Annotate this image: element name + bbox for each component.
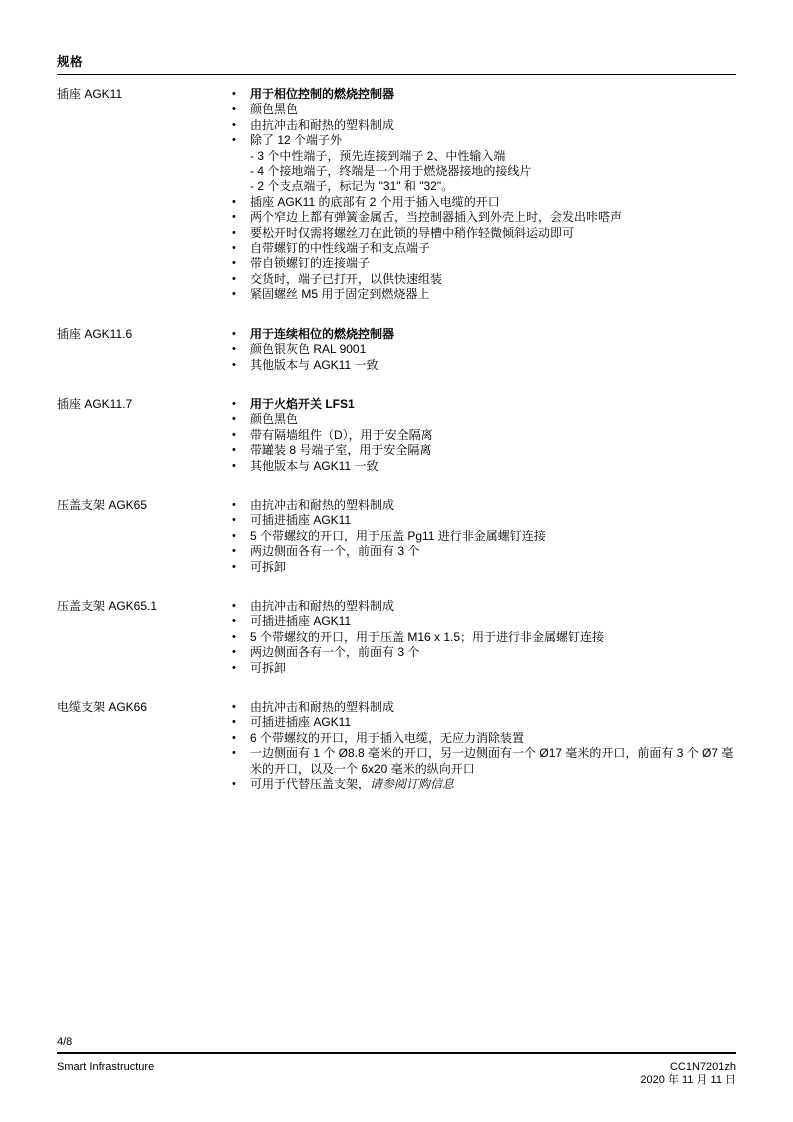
page-footer: 4/8 Smart Infrastructure CC1N7201zh 2020… <box>57 1036 736 1087</box>
list-item: •两边侧面各有一个，前面有 3 个 <box>232 544 736 559</box>
list-item: •带自锁螺钉的连接端子 <box>232 256 736 271</box>
item-text: 可用于代替压盖支架，请参阅订购信息 <box>250 777 736 792</box>
item-text: 6 个带螺纹的开口，用于插入电缆，无应力消除装置 <box>250 731 736 746</box>
spec-section: 电缆支架 AGK66•由抗冲击和耐热的塑料制成•可插进插座 AGK11•6 个带… <box>57 700 736 792</box>
sub-item: - 4 个接地端子，终端是一个用于燃烧器接地的接线片 <box>250 164 736 179</box>
list-item: •除了 12 个端子外 <box>232 133 736 148</box>
list-item: •紧固螺丝 M5 用于固定到燃烧器上 <box>232 287 736 302</box>
item-text: 可插进插座 AGK11 <box>250 715 736 730</box>
list-item: •可插进插座 AGK11 <box>232 513 736 528</box>
bullet-icon: • <box>232 529 250 544</box>
document-date: 2020 年 11 月 11 日 <box>640 1074 736 1087</box>
list-item: •5 个带螺纹的开口，用于压盖 Pg11 进行非金属螺钉连接 <box>232 529 736 544</box>
bullet-icon: • <box>232 700 250 715</box>
sub-item: - 2 个支点端子，标记为 "31" 和 "32"。 <box>250 179 736 194</box>
item-text: 可拆卸 <box>250 560 736 575</box>
section-item-list: •用于相位控制的燃烧控制器•颜色黑色•由抗冲击和耐热的塑料制成•除了 12 个端… <box>232 87 736 303</box>
item-text: 由抗冲击和耐热的塑料制成 <box>250 498 736 513</box>
bullet-icon: • <box>232 513 250 528</box>
bullet-icon: • <box>232 241 250 256</box>
item-text: 交货时，端子已打开，以供快速组装 <box>250 272 736 287</box>
list-item: •可用于代替压盖支架，请参阅订购信息 <box>232 777 736 792</box>
item-text: 由抗冲击和耐热的塑料制成 <box>250 599 736 614</box>
page-content: 规格 插座 AGK11•用于相位控制的燃烧控制器•颜色黑色•由抗冲击和耐热的塑料… <box>57 52 736 792</box>
bullet-icon: • <box>232 210 250 225</box>
item-text: 5 个带螺纹的开口，用于压盖 Pg11 进行非金属螺钉连接 <box>250 529 736 544</box>
item-text-italic: 请参阅订购信息 <box>370 777 454 791</box>
item-text: 颜色黑色 <box>250 102 736 117</box>
item-text: 颜色银灰色 RAL 9001 <box>250 342 736 357</box>
spec-section: 插座 AGK11.7•用于火焰开关 LFS1•颜色黑色•带有隔墙组件（D），用于… <box>57 397 736 474</box>
bullet-icon: • <box>232 195 250 210</box>
section-item-list: •由抗冲击和耐热的塑料制成•可插进插座 AGK11•5 个带螺纹的开口，用于压盖… <box>232 599 736 676</box>
list-item: •两个窄边上都有弹簧金属舌，当控制器插入到外壳上时，会发出咔嗒声 <box>232 210 736 225</box>
section-item-list: •用于火焰开关 LFS1•颜色黑色•带有隔墙组件（D），用于安全隔离•带罐装 8… <box>232 397 736 474</box>
list-item: •由抗冲击和耐热的塑料制成 <box>232 498 736 513</box>
item-text: 带自锁螺钉的连接端子 <box>250 256 736 271</box>
footer-right: CC1N7201zh 2020 年 11 月 11 日 <box>640 1061 736 1087</box>
bullet-icon: • <box>232 498 250 513</box>
bullet-icon: • <box>232 630 250 645</box>
list-item: •用于火焰开关 LFS1 <box>232 397 736 412</box>
list-item: •由抗冲击和耐热的塑料制成 <box>232 599 736 614</box>
item-text: 两边侧面各有一个，前面有 3 个 <box>250 645 736 660</box>
bullet-icon: • <box>232 102 250 117</box>
bullet-icon: • <box>232 272 250 287</box>
item-text: 5 个带螺纹的开口，用于压盖 M16 x 1.5；用于进行非金属螺钉连接 <box>250 630 736 645</box>
bullet-icon: • <box>232 428 250 443</box>
bullet-icon: • <box>232 397 250 412</box>
list-item: •一边侧面有 1 个 Ø8.8 毫米的开口，另一边侧面有一个 Ø17 毫米的开口… <box>232 746 736 777</box>
item-text: 颜色黑色 <box>250 412 736 427</box>
bullet-icon: • <box>232 645 250 660</box>
page-number: 4/8 <box>57 1036 736 1054</box>
list-item: •带罐装 8 号端子室，用于安全隔离 <box>232 443 736 458</box>
list-item: •用于相位控制的燃烧控制器 <box>232 87 736 102</box>
section-label: 插座 AGK11 <box>57 87 232 102</box>
section-heading: 规格 <box>57 52 736 75</box>
list-item: •可插进插座 AGK11 <box>232 715 736 730</box>
bullet-icon: • <box>232 459 250 474</box>
item-text: 由抗冲击和耐热的塑料制成 <box>250 118 736 133</box>
spec-section: 压盖支架 AGK65•由抗冲击和耐热的塑料制成•可插进插座 AGK11•5 个带… <box>57 498 736 575</box>
bullet-icon: • <box>232 412 250 427</box>
list-item: •颜色银灰色 RAL 9001 <box>232 342 736 357</box>
document-page: 规格 插座 AGK11•用于相位控制的燃烧控制器•颜色黑色•由抗冲击和耐热的塑料… <box>0 0 793 1122</box>
section-label: 电缆支架 AGK66 <box>57 700 232 715</box>
spec-section: 压盖支架 AGK65.1•由抗冲击和耐热的塑料制成•可插进插座 AGK11•5 … <box>57 599 736 676</box>
item-text: 可拆卸 <box>250 661 736 676</box>
section-item-list: •由抗冲击和耐热的塑料制成•可插进插座 AGK11•5 个带螺纹的开口，用于压盖… <box>232 498 736 575</box>
list-item: •插座 AGK11 的底部有 2 个用于插入电缆的开口 <box>232 195 736 210</box>
list-item: •6 个带螺纹的开口，用于插入电缆，无应力消除装置 <box>232 731 736 746</box>
list-item: •5 个带螺纹的开口，用于压盖 M16 x 1.5；用于进行非金属螺钉连接 <box>232 630 736 645</box>
bullet-icon: • <box>232 256 250 271</box>
item-text: 紧固螺丝 M5 用于固定到燃烧器上 <box>250 287 736 302</box>
bullet-icon: • <box>232 560 250 575</box>
bullet-icon: • <box>232 746 250 761</box>
list-item: •自带螺钉的中性线端子和支点端子 <box>232 241 736 256</box>
spec-section: 插座 AGK11•用于相位控制的燃烧控制器•颜色黑色•由抗冲击和耐热的塑料制成•… <box>57 87 736 303</box>
item-text: 可插进插座 AGK11 <box>250 513 736 528</box>
section-label: 插座 AGK11.7 <box>57 397 232 412</box>
list-item: •可拆卸 <box>232 661 736 676</box>
bullet-icon: • <box>232 327 250 342</box>
list-item: •由抗冲击和耐热的塑料制成 <box>232 700 736 715</box>
bullet-icon: • <box>232 777 250 792</box>
bullet-icon: • <box>232 731 250 746</box>
document-id: CC1N7201zh <box>640 1061 736 1074</box>
bullet-icon: • <box>232 715 250 730</box>
footer-row: Smart Infrastructure CC1N7201zh 2020 年 1… <box>57 1061 736 1087</box>
section-label: 压盖支架 AGK65 <box>57 498 232 513</box>
item-text: 带罐装 8 号端子室，用于安全隔离 <box>250 443 736 458</box>
bullet-icon: • <box>232 87 250 102</box>
bullet-icon: • <box>232 443 250 458</box>
item-text: 除了 12 个端子外 <box>250 133 736 148</box>
item-text: 自带螺钉的中性线端子和支点端子 <box>250 241 736 256</box>
bullet-icon: • <box>232 599 250 614</box>
list-item: •可拆卸 <box>232 560 736 575</box>
item-text: 可插进插座 AGK11 <box>250 614 736 629</box>
section-item-list: •用于连续相位的燃烧控制器•颜色银灰色 RAL 9001•其他版本与 AGK11… <box>232 327 736 373</box>
list-item: •两边侧面各有一个，前面有 3 个 <box>232 645 736 660</box>
spec-section: 插座 AGK11.6•用于连续相位的燃烧控制器•颜色银灰色 RAL 9001•其… <box>57 327 736 373</box>
item-text: 用于火焰开关 LFS1 <box>250 397 736 412</box>
brand-name: Smart Infrastructure <box>57 1061 154 1087</box>
bullet-icon: • <box>232 342 250 357</box>
bullet-icon: • <box>232 544 250 559</box>
item-text: 其他版本与 AGK11 一致 <box>250 459 736 474</box>
list-item: •颜色黑色 <box>232 412 736 427</box>
list-item: •其他版本与 AGK11 一致 <box>232 459 736 474</box>
bullet-icon: • <box>232 358 250 373</box>
item-text: 两边侧面各有一个，前面有 3 个 <box>250 544 736 559</box>
list-item: •要松开时仅需将螺丝刀在此锁的导槽中稍作轻微倾斜运动即可 <box>232 226 736 241</box>
item-text: 其他版本与 AGK11 一致 <box>250 358 736 373</box>
sub-item: - 3 个中性端子，预先连接到端子 2、中性输入端 <box>250 149 736 164</box>
bullet-icon: • <box>232 614 250 629</box>
list-item: •可插进插座 AGK11 <box>232 614 736 629</box>
item-text: 由抗冲击和耐热的塑料制成 <box>250 700 736 715</box>
section-label: 压盖支架 AGK65.1 <box>57 599 232 614</box>
bullet-icon: • <box>232 226 250 241</box>
list-item: •交货时，端子已打开，以供快速组装 <box>232 272 736 287</box>
list-item: •带有隔墙组件（D），用于安全隔离 <box>232 428 736 443</box>
list-item: •其他版本与 AGK11 一致 <box>232 358 736 373</box>
item-text: 用于相位控制的燃烧控制器 <box>250 87 736 102</box>
item-text: 带有隔墙组件（D），用于安全隔离 <box>250 428 736 443</box>
item-text: 两个窄边上都有弹簧金属舌，当控制器插入到外壳上时，会发出咔嗒声 <box>250 210 736 225</box>
section-label: 插座 AGK11.6 <box>57 327 232 342</box>
item-text: 一边侧面有 1 个 Ø8.8 毫米的开口，另一边侧面有一个 Ø17 毫米的开口，… <box>250 746 736 777</box>
item-text: 要松开时仅需将螺丝刀在此锁的导槽中稍作轻微倾斜运动即可 <box>250 226 736 241</box>
item-text: 插座 AGK11 的底部有 2 个用于插入电缆的开口 <box>250 195 736 210</box>
list-item: •用于连续相位的燃烧控制器 <box>232 327 736 342</box>
bullet-icon: • <box>232 661 250 676</box>
bullet-icon: • <box>232 133 250 148</box>
list-item: •由抗冲击和耐热的塑料制成 <box>232 118 736 133</box>
item-text: 用于连续相位的燃烧控制器 <box>250 327 736 342</box>
bullet-icon: • <box>232 287 250 302</box>
bullet-icon: • <box>232 118 250 133</box>
section-item-list: •由抗冲击和耐热的塑料制成•可插进插座 AGK11•6 个带螺纹的开口，用于插入… <box>232 700 736 792</box>
list-item: •颜色黑色 <box>232 102 736 117</box>
spec-sections: 插座 AGK11•用于相位控制的燃烧控制器•颜色黑色•由抗冲击和耐热的塑料制成•… <box>57 87 736 792</box>
